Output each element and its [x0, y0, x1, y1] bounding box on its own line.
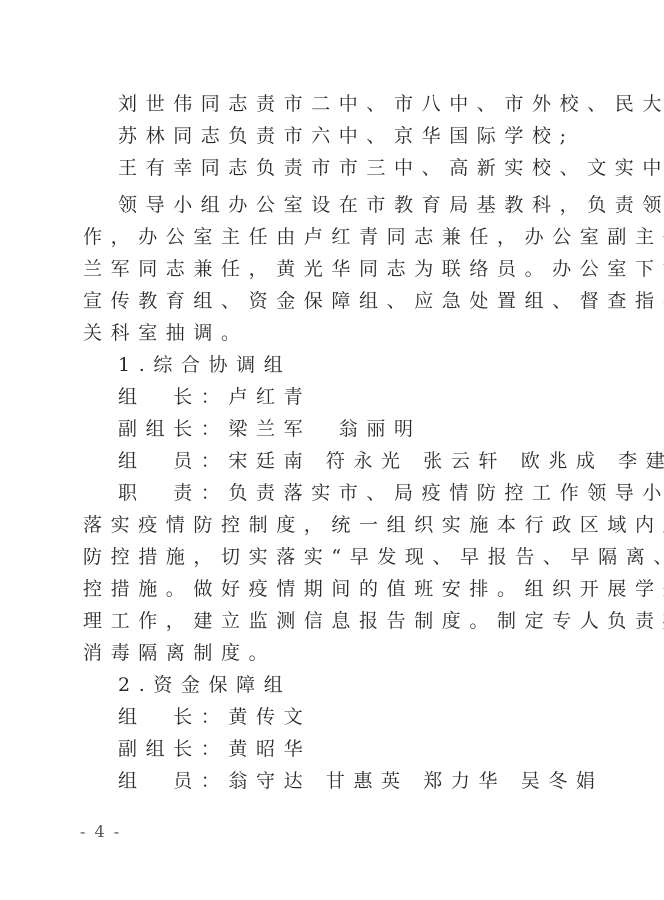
duties-start: 职 责：负责落实市、局疫情防控工作领导小组工作部署。	[118, 477, 618, 509]
group-leader: 组 长：黄传文	[118, 701, 618, 733]
group-members: 组 员：翁守达 甘惠英 郑力华 吴冬娟	[118, 765, 618, 797]
section-heading-1: 1.综合协调组	[118, 349, 618, 381]
text-line: 苏林同志负责市六中、京华国际学校;	[118, 120, 618, 152]
text-line: 刘世伟同志责市二中、市八中、市外校、民大附中;	[118, 88, 618, 120]
text-line: 宣传教育组、资金保障组、应急处置组、督查指导组，成员从相	[83, 285, 583, 317]
text-line: 消毒隔离制度。	[83, 637, 583, 669]
group-leader: 组 长：卢红青	[118, 381, 618, 413]
paragraph-start: 领导小组办公室设在市教育局基教科，负责领导小组日常工	[118, 189, 618, 221]
text-line: 王有幸同志负责市市三中、高新实校、文实中学。	[118, 152, 618, 184]
page-number: - 4 -	[80, 822, 121, 841]
text-line: 理工作，建立监测信息报告制度。制定专人负责疫情管理，建立	[83, 605, 583, 637]
text-line: 兰军同志兼任，黄光华同志为联络员。办公室下设综合协调组、	[83, 253, 583, 285]
deputy-leader: 副组长：梁兰军 翁丽明	[118, 413, 618, 445]
text-line: 关科室抽调。	[83, 317, 583, 349]
document-page: 刘世伟同志责市二中、市八中、市外校、民大附中; 苏林同志负责市六中、京华国际学校…	[0, 0, 664, 900]
text-line: 控措施。做好疫情期间的值班安排。组织开展学生健康监测和管	[83, 573, 583, 605]
section-heading-2: 2.资金保障组	[118, 669, 618, 701]
text-line: 作，办公室主任由卢红青同志兼任，办公室副主任由翁丽明、梁	[83, 221, 583, 253]
deputy-leader: 副组长：黄昭华	[118, 733, 618, 765]
group-members: 组 员：宋廷南 符永光 张云轩 欧兆成 李建华 黄光华	[118, 445, 618, 477]
text-line: 落实疫情防控制度，统一组织实施本行政区域内所管辖学校疫情	[83, 509, 583, 541]
text-line: 防控措施，切实落实“早发现、早报告、早隔离、早治疗”等防	[83, 541, 583, 573]
